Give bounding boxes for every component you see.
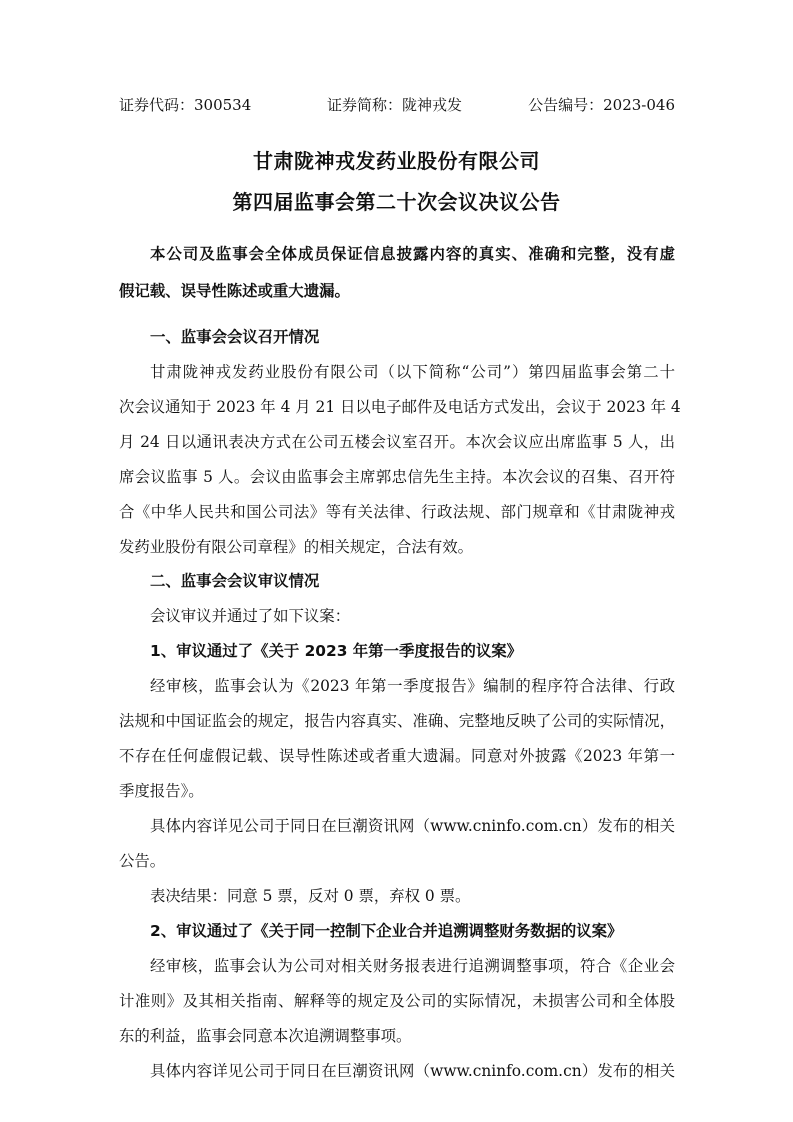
motion-2-detail-line: 具体内容详见公司于同日在巨潮资讯网（www.cninfo.com.cn）发布的相…: [119, 1060, 675, 1082]
motion-1-review-line: 不存在任何虚假记载、误导性陈述或者重大遗漏。同意对外披露《2023 年第一: [119, 745, 675, 767]
section-1-line: 月 24 日以通讯表决方式在公司五楼会议室召开。本次会议应出席监事 5 人，出: [119, 431, 675, 453]
disclaimer-line-1: 本公司及监事会全体成员保证信息披露内容的真实、准确和完整，没有虚: [119, 243, 675, 265]
motion-1-detail-line: 公告。: [119, 850, 675, 872]
motion-2-review-line: 东的利益，监事会同意本次追溯调整事项。: [119, 1025, 675, 1047]
motion-1-detail-line: 具体内容详见公司于同日在巨潮资讯网（www.cninfo.com.cn）发布的相…: [119, 815, 675, 837]
announcement-number: 公告编号：2023-046: [528, 93, 675, 117]
motion-2-review-line: 经审核，监事会认为公司对相关财务报表进行追溯调整事项，符合《企业会: [119, 955, 675, 977]
motion-1-review-line: 经审核，监事会认为《2023 年第一季度报告》编制的程序符合法律、行政: [119, 675, 675, 697]
motion-1-vote-result: 表决结果：同意 5 票，反对 0 票，弃权 0 票。: [119, 885, 675, 907]
motion-1-heading: 1、审议通过了《关于 2023 年第一季度报告的议案》: [119, 640, 675, 662]
section-2-heading: 二、监事会会议审议情况: [119, 570, 675, 592]
motion-2-review-line: 计准则》及其相关指南、解释等的规定及公司的实际情况，未损害公司和全体股: [119, 990, 675, 1012]
section-1-line: 席会议监事 5 人。会议由监事会主席郭忠信先生主持。本次会议的召集、召开符: [119, 466, 675, 488]
disclaimer-line-2: 假记载、误导性陈述或重大遗漏。: [119, 280, 675, 302]
motion-1-review-line: 法规和中国证监会的规定，报告内容真实、准确、完整地反映了公司的实际情况，: [119, 710, 675, 732]
section-1-line: 合《中华人民共和国公司法》等有关法律、行政法规、部门规章和《甘肃陇神戎: [119, 501, 675, 523]
document-header: 证券代码：300534 证券简称：陇神戎发 公告编号：2023-046: [119, 93, 675, 117]
company-name-title: 甘肃陇神戎发药业股份有限公司: [0, 145, 793, 174]
stock-code: 证券代码：300534: [119, 93, 251, 117]
motion-1-review-line: 季度报告》。: [119, 780, 675, 802]
section-1-line: 发药业股份有限公司章程》的相关规定，合法有效。: [119, 536, 675, 558]
section-1-line: 次会议通知于 2023 年 4 月 21 日以电子邮件及电话方式发出，会议于 2…: [119, 396, 675, 418]
section-2-intro: 会议审议并通过了如下议案：: [119, 605, 675, 627]
section-1-line: 甘肃陇神戎发药业股份有限公司（以下简称“公司”）第四届监事会第二十: [119, 361, 675, 383]
document-page: 证券代码：300534 证券简称：陇神戎发 公告编号：2023-046 甘肃陇神…: [0, 0, 793, 1122]
motion-2-heading: 2、审议通过了《关于同一控制下企业合并追溯调整财务数据的议案》: [119, 920, 675, 942]
section-1-heading: 一、监事会会议召开情况: [119, 326, 675, 348]
announcement-title: 第四届监事会第二十次会议决议公告: [0, 186, 793, 215]
stock-abbreviation: 证券简称：陇神戎发: [327, 93, 462, 117]
